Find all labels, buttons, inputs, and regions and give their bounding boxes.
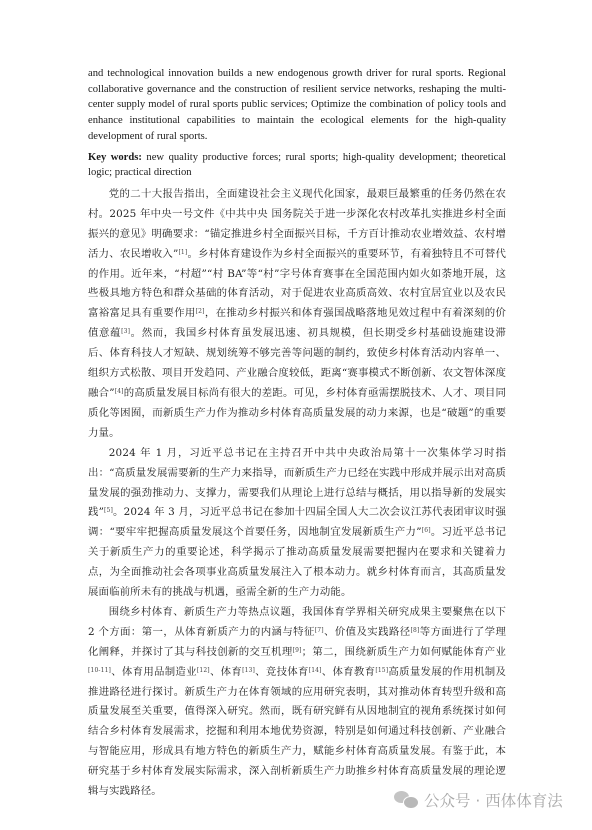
text-run: ；第二，围绕新质生产力如何赋能体育产业 [302, 646, 506, 658]
watermark-text: 公众号 · 西体体育法 [424, 789, 563, 811]
text-run: 、竞技体育 [255, 666, 309, 678]
text-run: 、体育用品制造业 [111, 666, 197, 678]
citation[interactable]: [12] [197, 667, 210, 674]
citation[interactable]: [5] [104, 507, 113, 514]
text-run: 、体育 [210, 666, 242, 678]
citation[interactable]: [6] [422, 527, 431, 534]
watermark: 公众号 · 西体体育法 [394, 789, 563, 811]
keywords: Key words: new quality productive forces… [88, 150, 506, 181]
paper-page: and technological innovation builds a ne… [88, 66, 506, 802]
paragraph-2: 2024 年 1 月，习近平总书记在主持召开中共中央政治局第十一次集体学习时指出… [88, 444, 506, 603]
citation[interactable]: [1] [178, 249, 187, 256]
text-run: 高质量发展的作用机制及推进路径进行探讨。新质生产力在体育领域的应用研究表明，其对… [88, 666, 506, 797]
citation[interactable]: [7] [315, 627, 324, 634]
keywords-label: Key words: [88, 152, 142, 163]
citation[interactable]: [8] [411, 627, 420, 634]
body-text: 党的二十大报告指出，全面建设社会主义现代化国家，最艰巨最繁重的任务仍然在农村。2… [88, 185, 506, 802]
citation[interactable]: [15] [375, 667, 388, 674]
citation[interactable]: [4] [115, 388, 124, 395]
english-abstract: and technological innovation builds a ne… [88, 66, 506, 145]
citation[interactable]: [14] [309, 667, 322, 674]
citation[interactable]: [3] [121, 328, 130, 335]
paragraph-3: 围绕乡村体育、新质生产力等热点议题，我国体育学界相关研究成果主要聚焦在以下 2 … [88, 603, 506, 802]
citation[interactable]: [2] [196, 308, 205, 315]
citation[interactable]: [10-11] [88, 667, 111, 674]
text-run: 、体育教育 [322, 666, 376, 678]
text-run: 的高质量发展目标尚有很大的差距。可见，乡村体育亟需摆脱技术、人才、项目同质化等困… [88, 387, 506, 439]
keywords-value: new quality productive forces; rural spo… [88, 152, 506, 179]
paragraph-1: 党的二十大报告指出，全面建设社会主义现代化国家，最艰巨最繁重的任务仍然在农村。2… [88, 185, 506, 444]
wechat-icon [394, 790, 418, 810]
citation[interactable]: [9] [293, 647, 302, 654]
text-run: 、价值及实践路径 [324, 626, 411, 638]
citation[interactable]: [13] [242, 667, 255, 674]
